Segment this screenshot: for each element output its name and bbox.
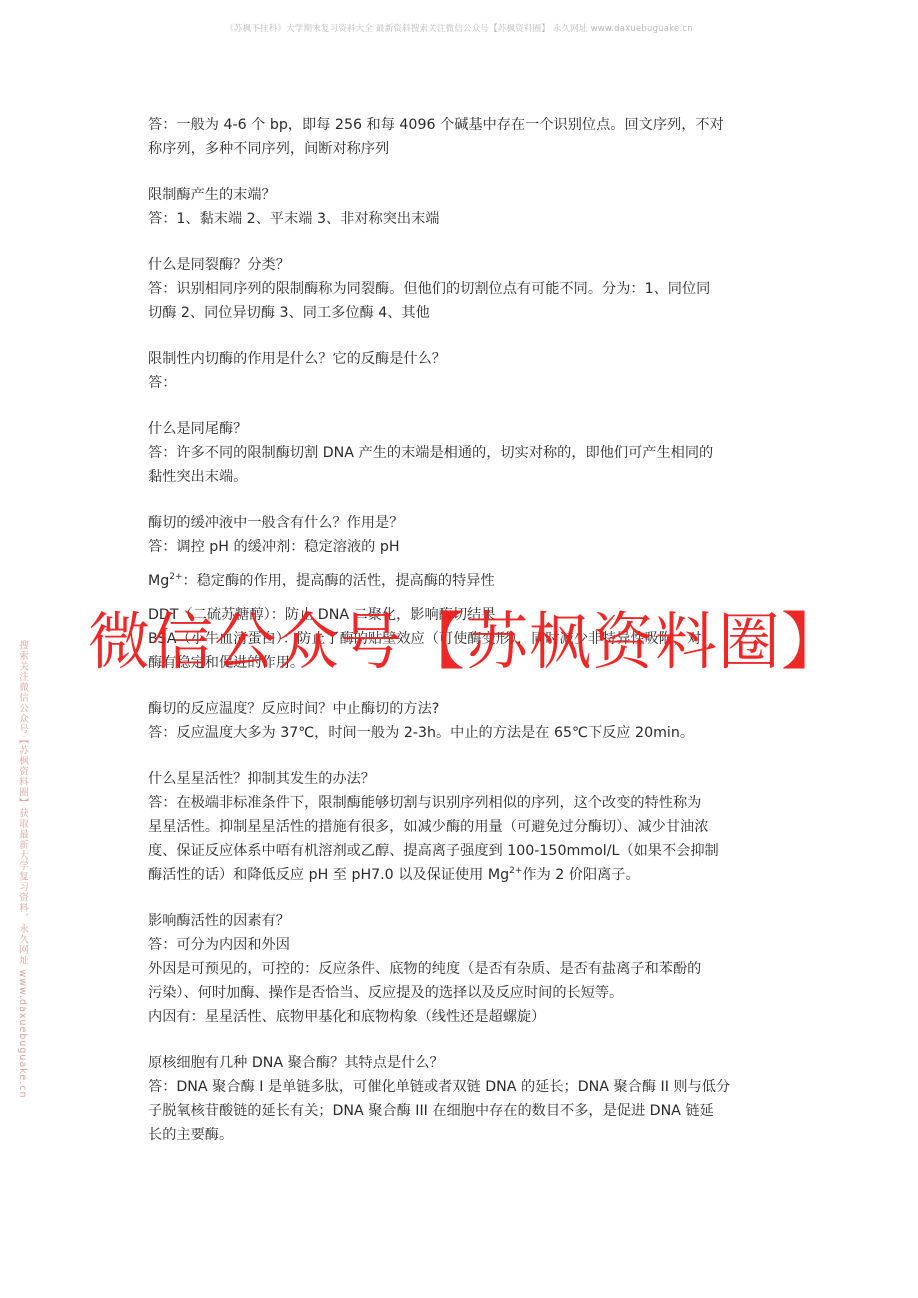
answer-line: 星星活性。抑制星星活性的措施有很多，如减少酶的用量（可避免过分酶切）、减少甘油浓 — [148, 815, 778, 839]
answer-line: 答：1、黏末端 2、平末端 3、非对称突出末端 — [148, 207, 778, 231]
answer-text: 酶活性的话）和降低反应 pH 至 pH7.0 以及保证使用 Mg — [148, 867, 509, 883]
qa-block: 什么星星活性？抑制其发生的办法？ 答：在极端非标准条件下，限制酶能够切割与识别序… — [148, 767, 778, 887]
answer-line: 答：许多不同的限制酶切割 DNA 产生的末端是相通的，切实对称的，即他们可产生相… — [148, 441, 778, 465]
answer-line: 酶活性的话）和降低反应 pH 至 pH7.0 以及保证使用 Mg2+作为 2 价… — [148, 863, 778, 887]
mg-line-block: Mg2+：稳定酶的作用，提高酶的活性，提高酶的特异性 — [148, 569, 778, 593]
answer-line: 长的主要酶。 — [148, 1123, 778, 1147]
qa-block: 影响酶活性的因素有？ 答：可分为内因和外因 外因是可预见的，可控的：反应条件、底… — [148, 909, 778, 1029]
question-line: 原核细胞有几种 DNA 聚合酶？其特点是什么？ — [148, 1051, 778, 1075]
answer-line: 污染）、何时加酶、操作是否恰当、反应提及的选择以及反应时间的长短等。 — [148, 981, 778, 1005]
answer-line: 答：可分为内因和外因 — [148, 933, 778, 957]
mg-symbol: Mg — [148, 573, 169, 589]
mg-line: Mg2+：稳定酶的作用，提高酶的活性，提高酶的特异性 — [148, 569, 778, 593]
question-line: 酶切的缓冲液中一般含有什么？作用是？ — [148, 511, 778, 535]
question-line: 什么是同裂酶？分类？ — [148, 253, 778, 277]
header-watermark: 《苏枫不挂科》大学期末复习资料大全 最新资料搜索关注微信公众号【苏枫资料圈】 永… — [0, 22, 918, 34]
qa-block: 答：一般为 4-6 个 bp，即每 256 和每 4096 个碱基中存在一个识别… — [148, 113, 778, 161]
answer-line: 答： — [148, 371, 778, 395]
mg-charge: 2+ — [509, 866, 522, 876]
question-line: 限制性内切酶的作用是什么？它的反酶是什么？ — [148, 347, 778, 371]
answer-line: 答：反应温度大多为 37℃，时间一般为 2-3h。中止的方法是在 65℃下反应 … — [148, 721, 778, 745]
answer-line: 黏性突出末端。 — [148, 465, 778, 489]
answer-line: 答：调控 pH 的缓冲剂：稳定溶液的 pH — [148, 535, 778, 559]
question-line: 什么是同尾酶？ — [148, 417, 778, 441]
red-watermark-overlay: 微信公众号【苏枫资料圈】 — [88, 602, 908, 682]
answer-line: 度、保证反应体系中唔有机溶剂或乙醇、提高离子强度到 100-150mmol/L（… — [148, 839, 778, 863]
question-line: 酶切的反应温度？反应时间？中止酶切的方法? — [148, 697, 778, 721]
answer-line: 答：DNA 聚合酶 I 是单链多肽，可催化单链或者双链 DNA 的延长；DNA … — [148, 1075, 778, 1099]
qa-block: 酶切的反应温度？反应时间？中止酶切的方法? 答：反应温度大多为 37℃，时间一般… — [148, 697, 778, 745]
qa-block: 什么是同裂酶？分类？ 答：识别相同序列的限制酶称为同裂酶。但他们的切割位点有可能… — [148, 253, 778, 325]
answer-line: 称序列，多种不同序列，间断对称序列 — [148, 137, 778, 161]
qa-block: 什么是同尾酶？ 答：许多不同的限制酶切割 DNA 产生的末端是相通的，切实对称的… — [148, 417, 778, 489]
mg-charge: 2+ — [169, 572, 182, 582]
qa-block: 酶切的缓冲液中一般含有什么？作用是？ 答：调控 pH 的缓冲剂：稳定溶液的 pH — [148, 511, 778, 559]
mg-description: ：稳定酶的作用，提高酶的活性，提高酶的特异性 — [183, 573, 495, 589]
side-watermark: 搜索关注微信公众号【苏枫资料圈】获取最新大学复习资料，永久网址 www.daxu… — [14, 640, 28, 1099]
qa-block: 限制性内切酶的作用是什么？它的反酶是什么？ 答： — [148, 347, 778, 395]
answer-line: 答：识别相同序列的限制酶称为同裂酶。但他们的切割位点有可能不同。分为：1、同位同 — [148, 277, 778, 301]
answer-line: 答：一般为 4-6 个 bp，即每 256 和每 4096 个碱基中存在一个识别… — [148, 113, 778, 137]
question-line: 影响酶活性的因素有？ — [148, 909, 778, 933]
answer-line: 切酶 2、同位异切酶 3、同工多位酶 4、其他 — [148, 301, 778, 325]
answer-line: 内因有：星星活性、底物甲基化和底物构象（线性还是超螺旋） — [148, 1005, 778, 1029]
question-line: 限制酶产生的末端？ — [148, 183, 778, 207]
question-line: 什么星星活性？抑制其发生的办法？ — [148, 767, 778, 791]
qa-block: 原核细胞有几种 DNA 聚合酶？其特点是什么？ 答：DNA 聚合酶 I 是单链多… — [148, 1051, 778, 1147]
answer-line: 子脱氧核苷酸链的延长有关；DNA 聚合酶 III 在细胞中存在的数目不多，是促进… — [148, 1099, 778, 1123]
answer-text: 作为 2 价阳离子。 — [522, 867, 639, 883]
answer-line: 外因是可预见的，可控的：反应条件、底物的纯度（是否有杂质、是否有盐离子和苯酚的 — [148, 957, 778, 981]
qa-block: 限制酶产生的末端？ 答：1、黏末端 2、平末端 3、非对称突出末端 — [148, 183, 778, 231]
answer-line: 答：在极端非标准条件下，限制酶能够切割与识别序列相似的序列，这个改变的特性称为 — [148, 791, 778, 815]
